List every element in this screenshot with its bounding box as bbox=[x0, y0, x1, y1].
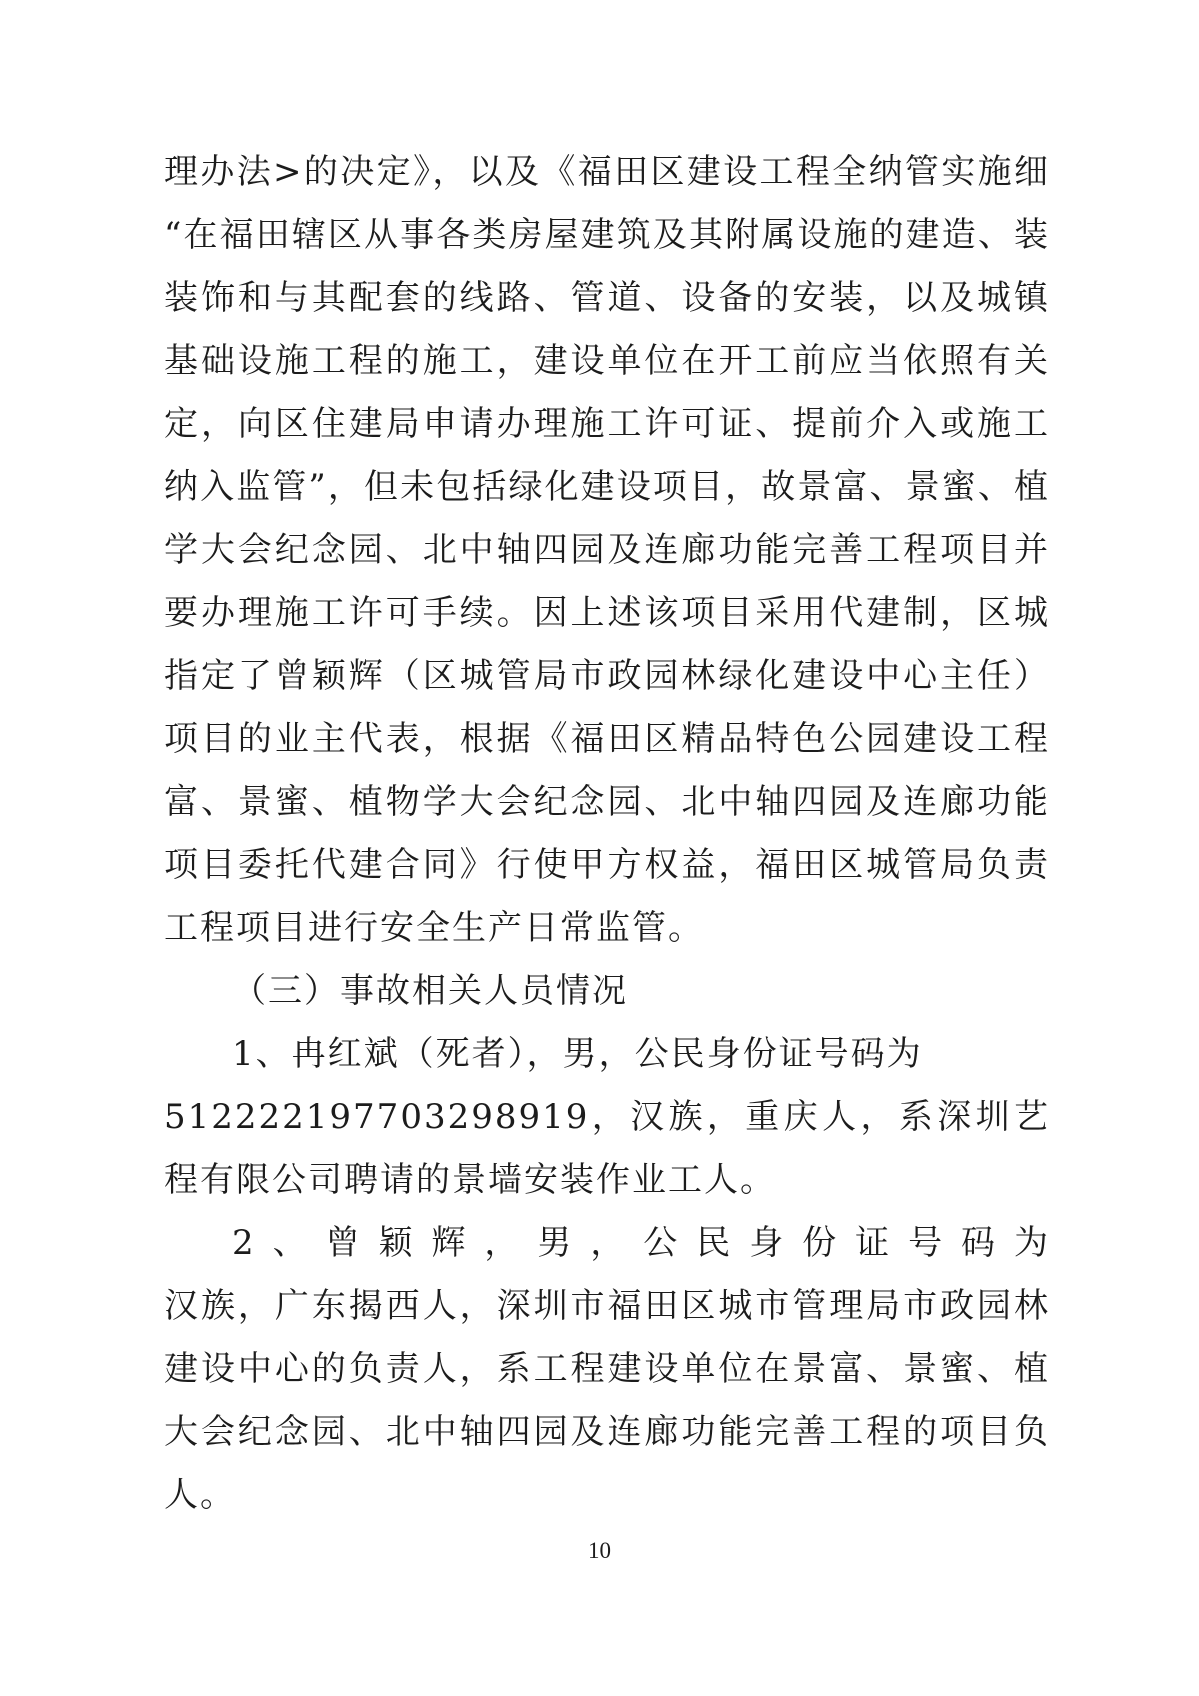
list-item-2-line-5: 人。 bbox=[164, 1464, 1050, 1527]
list-item-2-line-2: 汉族，广东揭西人，深圳市福田区城市管理局市政园林绿化 bbox=[164, 1275, 1050, 1338]
text-line-09: 指定了曾颖辉（区城管局市政园林绿化建设中心主任）为该 bbox=[164, 645, 1050, 708]
list-item-1-line-1: 1、冉红斌（死者），男，公民身份证号码为 bbox=[164, 1023, 1050, 1086]
list-item-1-line-3: 程有限公司聘请的景墙安装作业工人。 bbox=[164, 1149, 1050, 1212]
text-line-10: 项目的业主代表，根据《福田区精品特色公园建设工程（景 bbox=[164, 708, 1050, 771]
text-line-02: “在福田辖区从事各类房屋建筑及其附属设施的建造、装修 bbox=[164, 204, 1050, 267]
text-line-07: 学大会纪念园、北中轴四园及连廊功能完善工程项目并不需 bbox=[164, 519, 1050, 582]
text-line-13: 工程项目进行安全生产日常监管。 bbox=[164, 897, 1050, 960]
page-number: 10 bbox=[0, 1536, 1199, 1566]
text-line-08: 要办理施工许可手续。因上述该项目采用代建制，区城管局 bbox=[164, 582, 1050, 645]
text-line-06: 纳入监管”，但未包括绿化建设项目，故景富、景蜜、植物 bbox=[164, 456, 1050, 519]
list-item-2-line-1: 2、曾颖辉，男，公民身份证号码为 440301197604277817， bbox=[164, 1212, 1050, 1275]
text-line-11: 富、景蜜、植物学大会纪念园、北中轴四园及连廊功能完善） bbox=[164, 771, 1050, 834]
text-line-03: 装饰和与其配套的线路、管道、设备的安装，以及城镇市政 bbox=[164, 267, 1050, 330]
list-item-2-line-4: 大会纪念园、北中轴四园及连廊功能完善工程的项目负责 bbox=[164, 1401, 1050, 1464]
list-item-2-line-3: 建设中心的负责人，系工程建设单位在景富、景蜜、植物学 bbox=[164, 1338, 1050, 1401]
text-line-12: 项目委托代建合同》行使甲方权益，福田区城管局负责对该 bbox=[164, 834, 1050, 897]
document-page: 理办法>的决定》，以及《福田区建设工程全纳管实施细则》， “在福田辖区从事各类房… bbox=[0, 0, 1199, 1696]
text-line-01: 理办法>的决定》，以及《福田区建设工程全纳管实施细则》， bbox=[164, 141, 1050, 204]
text-line-04: 基础设施工程的施工，建设单位在开工前应当依照有关规 bbox=[164, 330, 1050, 393]
list-item-1-line-2: 512222197703298919，汉族，重庆人，系深圳艺豪不锈钢工 bbox=[164, 1086, 1050, 1149]
section-heading-line: （三）事故相关人员情况 bbox=[164, 960, 1050, 1023]
document-body: 理办法>的决定》，以及《福田区建设工程全纳管实施细则》， “在福田辖区从事各类房… bbox=[164, 141, 1050, 1527]
text-line-05: 定，向区住建局申请办理施工许可证、提前介入或施工复函， bbox=[164, 393, 1050, 456]
